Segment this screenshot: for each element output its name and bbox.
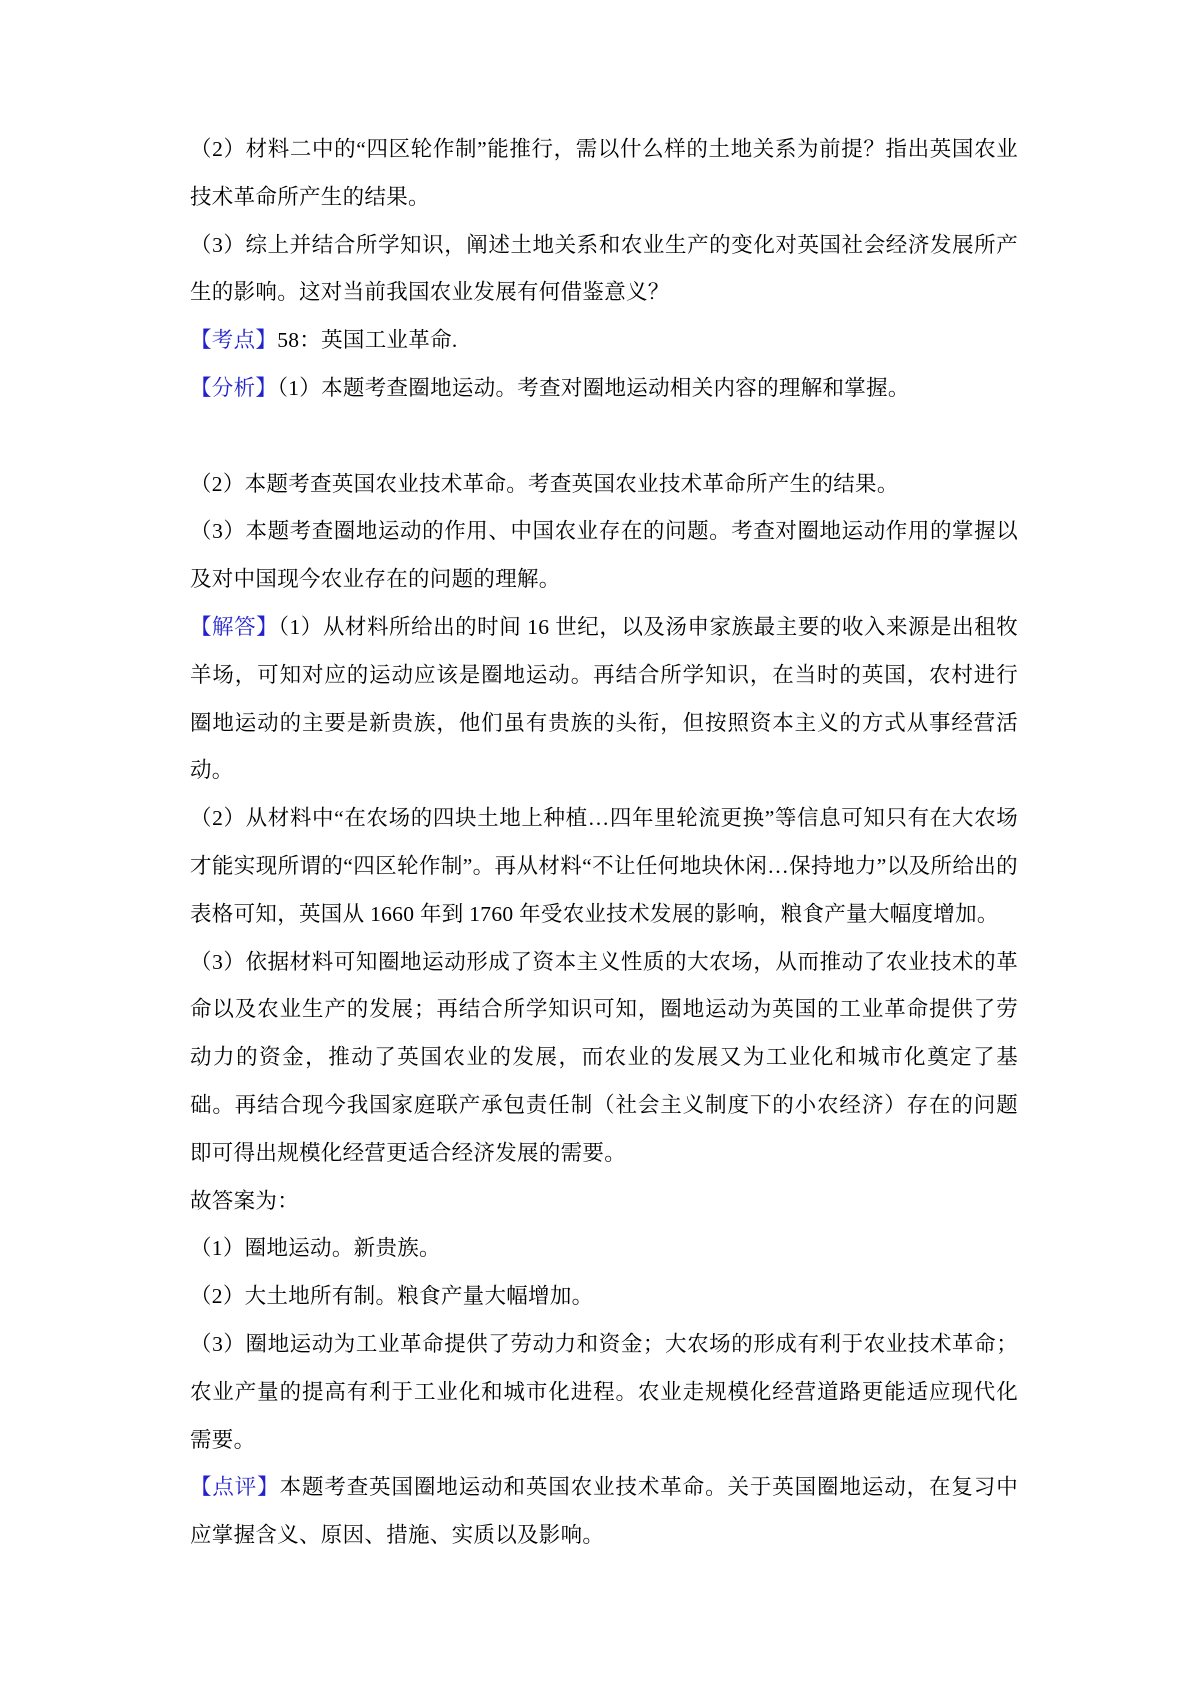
- paragraph-text: （3）综上并结合所学知识，阐述土地关系和农业生产的变化对英国社会经济发展所产生的…: [190, 233, 1018, 305]
- section-label: 【分析】: [190, 376, 277, 400]
- paragraph: （2）本题考查英国农业技术革命。考查英国农业技术革命所产生的结果。: [190, 461, 1018, 509]
- section-label: 【考点】: [190, 328, 277, 352]
- paragraph-text: （2）从材料中“在农场的四块土地上种植…四年里轮流更换”等信息可知只有在大农场才…: [190, 806, 1018, 926]
- paragraph: （3）综上并结合所学知识，阐述土地关系和农业生产的变化对英国社会经济发展所产生的…: [190, 222, 1018, 318]
- paragraph-text: （1）本题考查圈地运动。考查对圈地运动相关内容的理解和掌握。: [277, 376, 910, 400]
- paragraph: 【分析】（1）本题考查圈地运动。考查对圈地运动相关内容的理解和掌握。: [190, 365, 1018, 413]
- paragraph-text: （3）依据材料可知圈地运动形成了资本主义性质的大农场，从而推动了农业技术的革命以…: [190, 950, 1018, 1165]
- document-text-body: （2）材料二中的“四区轮作制”能推行，需以什么样的土地关系为前提？指出英国农业技…: [190, 126, 1018, 1560]
- paragraph-text: 本题考查英国圈地运动和英国农业技术革命。关于英国圈地运动，在复习中应掌握含义、原…: [190, 1475, 1018, 1547]
- paragraph-text: 58：英国工业革命.: [277, 328, 457, 352]
- paragraph: （2）从材料中“在农场的四块土地上种植…四年里轮流更换”等信息可知只有在大农场才…: [190, 795, 1018, 938]
- paragraph-text: （2）材料二中的“四区轮作制”能推行，需以什么样的土地关系为前提？指出英国农业技…: [190, 137, 1018, 209]
- paragraph: 【考点】58：英国工业革命.: [190, 317, 1018, 365]
- paragraph: 【点评】本题考查英国圈地运动和英国农业技术革命。关于英国圈地运动，在复习中应掌握…: [190, 1464, 1018, 1560]
- paragraph-text: （1）圈地运动。新贵族。: [190, 1236, 441, 1260]
- paragraph-text: （3）本题考查圈地运动的作用、中国农业存在的问题。考查对圈地运动作用的掌握以及对…: [190, 519, 1018, 591]
- paragraph: （1）圈地运动。新贵族。: [190, 1225, 1018, 1273]
- paragraph-text: （2）本题考查英国农业技术革命。考查英国农业技术革命所产生的结果。: [190, 472, 899, 496]
- paragraph: 【解答】（1）从材料所给出的时间 16 世纪，以及汤申家族最主要的收入来源是出租…: [190, 604, 1018, 795]
- paragraph-text: （2）大土地所有制。粮食产量大幅增加。: [190, 1284, 593, 1308]
- document-page: （2）材料二中的“四区轮作制”能推行，需以什么样的土地关系为前提？指出英国农业技…: [0, 0, 1200, 1698]
- paragraph-text: （3）圈地运动为工业革命提供了劳动力和资金；大农场的形成有利于农业技术革命；农业…: [190, 1332, 1018, 1452]
- section-label: 【解答】: [190, 615, 278, 639]
- paragraph: （3）本题考查圈地运动的作用、中国农业存在的问题。考查对圈地运动作用的掌握以及对…: [190, 508, 1018, 604]
- paragraph: （2）大土地所有制。粮食产量大幅增加。: [190, 1273, 1018, 1321]
- paragraph: （3）依据材料可知圈地运动形成了资本主义性质的大农场，从而推动了农业技术的革命以…: [190, 939, 1018, 1178]
- blank-line: [190, 413, 1018, 461]
- paragraph: （2）材料二中的“四区轮作制”能推行，需以什么样的土地关系为前提？指出英国农业技…: [190, 126, 1018, 222]
- paragraph-text: （1）从材料所给出的时间 16 世纪，以及汤申家族最主要的收入来源是出租牧羊场，…: [190, 615, 1018, 782]
- paragraph: 故答案为：: [190, 1178, 1018, 1226]
- paragraph: （3）圈地运动为工业革命提供了劳动力和资金；大农场的形成有利于农业技术革命；农业…: [190, 1321, 1018, 1464]
- section-label: 【点评】: [190, 1475, 280, 1499]
- paragraph-text: 故答案为：: [190, 1189, 299, 1213]
